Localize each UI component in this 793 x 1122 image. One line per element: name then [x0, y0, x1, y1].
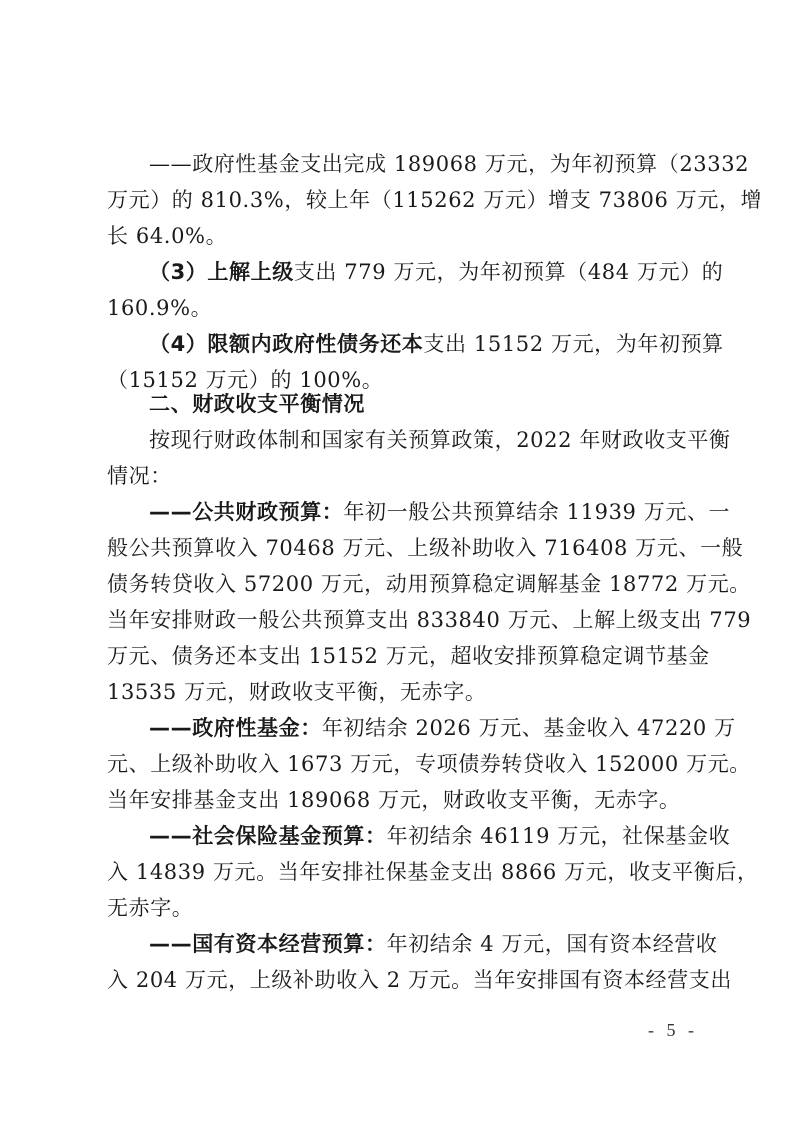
text-run: 年初结余 46119 万元，社保基金收 [387, 824, 731, 848]
text-run: 债务转贷收入 57200 万元，动用预算稳定调解基金 18772 万元。 [107, 572, 751, 596]
bold-lead: （3）上解上级 [149, 260, 294, 284]
text-run: 支出 779 万元，为年初预算（484 万元）的 [294, 260, 724, 284]
text-run: 万元、债务还本支出 15152 万元，超收安排预算稳定调节基金 [107, 644, 710, 668]
bold-lead: （4）限额内政府性债务还本 [149, 332, 423, 356]
text-run: 支出 15152 万元，为年初预算 [423, 332, 723, 356]
text-run: ——政府性基金支出完成 189068 万元，为年初预算（23332 [149, 152, 749, 176]
text-line: 160.9%。 [107, 290, 699, 326]
text-line: ——政府性基金支出完成 189068 万元，为年初预算（23332 [149, 146, 699, 182]
text-line: ——社会保险基金预算：年初结余 46119 万元，社保基金收 [149, 818, 699, 854]
heading-text: 二、财政收支平衡情况 [149, 392, 365, 416]
text-run: 当年安排财政一般公共预算支出 833840 万元、上解上级支出 779 [107, 608, 751, 632]
text-line: 当年安排基金支出 189068 万元，财政收支平衡，无赤字。 [107, 782, 699, 818]
text-run: 年初一般公共预算结余 11939 万元、一 [343, 500, 730, 524]
text-run: 160.9%。 [107, 296, 212, 320]
text-line: 债务转贷收入 57200 万元，动用预算稳定调解基金 18772 万元。 [107, 566, 699, 602]
text-line: 元、上级补助收入 1673 万元，专项债券转贷收入 152000 万元。 [107, 746, 699, 782]
bold-lead: ——国有资本经营预算： [149, 932, 387, 956]
bold-lead: ——社会保险基金预算： [149, 824, 387, 848]
text-run: 般公共预算收入 70468 万元、上级补助收入 716408 万元、一般 [107, 536, 743, 560]
text-line: 按现行财政体制和国家有关预算政策，2022 年财政收支平衡 [149, 422, 699, 458]
text-run: 无赤字。 [107, 896, 193, 920]
text-run: 入 14839 万元。当年安排社保基金支出 8866 万元，收支平衡后， [107, 860, 759, 884]
text-run: 当年安排基金支出 189068 万元，财政收支平衡，无赤字。 [107, 788, 681, 812]
text-run: 入 204 万元，上级补助收入 2 万元。当年安排国有资本经营支出 [107, 968, 732, 992]
page-number: - 5 - [648, 1020, 698, 1041]
text-run: 情况： [107, 464, 172, 488]
text-line: （4）限额内政府性债务还本支出 15152 万元，为年初预算 [149, 326, 699, 362]
text-line: ——政府性基金：年初结余 2026 万元、基金收入 47220 万 [149, 710, 699, 746]
text-line: 无赤字。 [107, 890, 699, 926]
bold-lead: ——公共财政预算： [149, 500, 343, 524]
document-page: ——政府性基金支出完成 189068 万元，为年初预算（23332 万元）的 8… [0, 0, 793, 1122]
text-run: 年初结余 2026 万元、基金收入 47220 万 [322, 716, 736, 740]
text-line: 13535 万元，财政收支平衡，无赤字。 [107, 674, 699, 710]
text-run: 长 64.0%。 [107, 224, 227, 248]
text-line: 长 64.0%。 [107, 218, 699, 254]
text-line: 万元、债务还本支出 15152 万元，超收安排预算稳定调节基金 [107, 638, 699, 674]
text-run: 按现行财政体制和国家有关预算政策，2022 年财政收支平衡 [149, 428, 731, 452]
text-line: 般公共预算收入 70468 万元、上级补助收入 716408 万元、一般 [107, 530, 699, 566]
text-line: 当年安排财政一般公共预算支出 833840 万元、上解上级支出 779 [107, 602, 699, 638]
text-run: 元、上级补助收入 1673 万元，专项债券转贷收入 152000 万元。 [107, 752, 751, 776]
section-heading: 二、财政收支平衡情况 [149, 386, 699, 422]
text-run: 万元）的 810.3%，较上年（115262 万元）增支 73806 万元，增 [107, 188, 762, 212]
text-line: 入 14839 万元。当年安排社保基金支出 8866 万元，收支平衡后， [107, 854, 699, 890]
text-line: 入 204 万元，上级补助收入 2 万元。当年安排国有资本经营支出 [107, 962, 699, 998]
text-line: 情况： [107, 458, 699, 494]
text-line: ——公共财政预算：年初一般公共预算结余 11939 万元、一 [149, 494, 699, 530]
text-line: （3）上解上级支出 779 万元，为年初预算（484 万元）的 [149, 254, 699, 290]
text-line: ——国有资本经营预算：年初结余 4 万元，国有资本经营收 [149, 926, 699, 962]
text-run: 13535 万元，财政收支平衡，无赤字。 [107, 680, 486, 704]
text-run: 年初结余 4 万元，国有资本经营收 [387, 932, 718, 956]
text-line: 万元）的 810.3%，较上年（115262 万元）增支 73806 万元，增 [107, 182, 699, 218]
bold-lead: ——政府性基金： [149, 716, 322, 740]
